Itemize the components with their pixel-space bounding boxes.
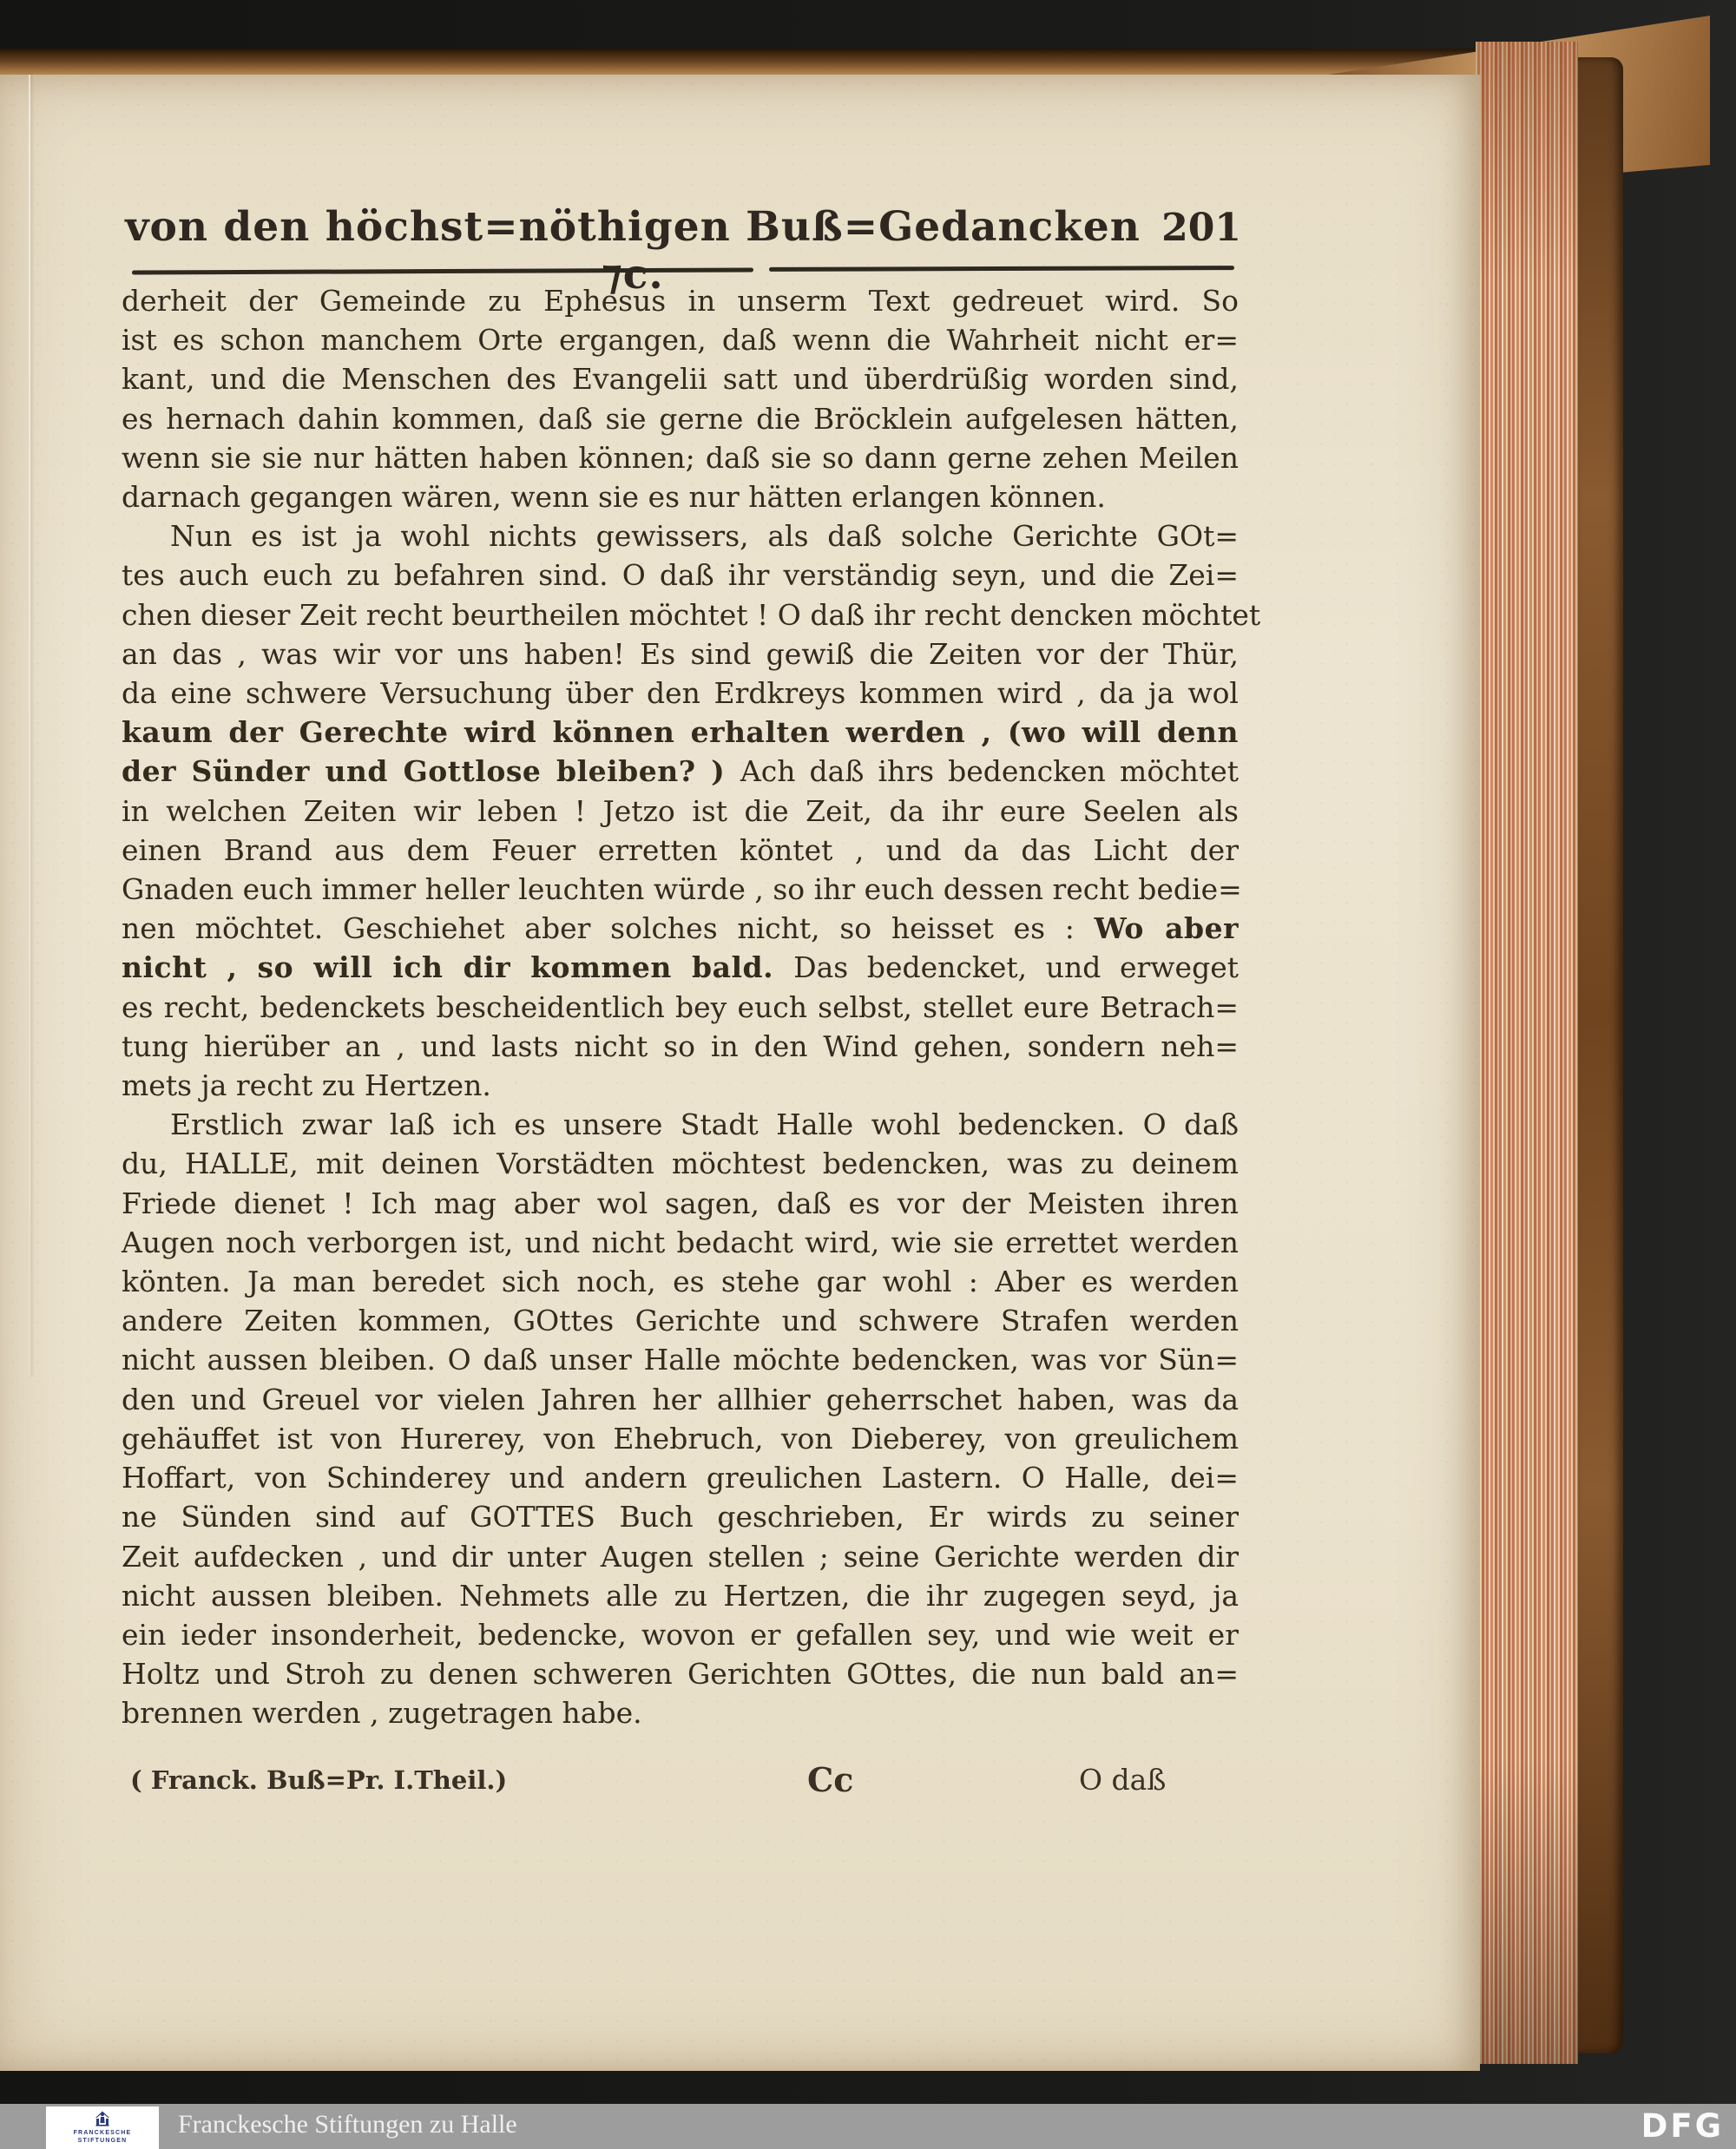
logo-text-line1: FRANCKESCHE xyxy=(74,2130,132,2138)
logo-text-line2: STIFTUNGEN xyxy=(78,2138,128,2146)
text-line: brennen werden , zugetragen habe. xyxy=(122,1693,1239,1732)
fore-edge-shading xyxy=(1476,42,1578,2064)
text-line: in welchen Zeiten wir leben ! Jetzo ist … xyxy=(122,792,1239,831)
text-line: könten. Ja man beredet sich noch, es ste… xyxy=(122,1262,1239,1301)
text-line: kant, und die Menschen des Evangelii sat… xyxy=(122,359,1239,398)
text-line: Holtz und Stroh zu denen schweren Gerich… xyxy=(122,1654,1239,1693)
book-page: von den höchst=nöthigen Buß=Gedancken ⁊c… xyxy=(0,75,1480,2071)
text-line: nen möchtet. Geschiehet aber solches nic… xyxy=(122,909,1239,948)
text-line: an das , was wir vor uns haben! Es sind … xyxy=(122,634,1239,674)
text-line: ne Sünden sind auf GOTTES Buch geschrieb… xyxy=(122,1497,1239,1536)
institution-name: Franckesche Stiftungen zu Halle xyxy=(178,2110,517,2139)
text-line: Erstlich zwar laß ich es unsere Stadt Ha… xyxy=(122,1105,1239,1144)
text-line: nicht aussen bleiben. Nehmets alle zu He… xyxy=(122,1576,1239,1615)
gathering-mark: Cc xyxy=(807,1760,853,1799)
text-line: Gnaden euch immer heller leuchten würde … xyxy=(122,870,1239,909)
catchword: O daß xyxy=(1079,1763,1166,1797)
page-number: 201 xyxy=(1144,206,1241,250)
text-line: Augen noch verborgen ist, und nicht beda… xyxy=(122,1223,1239,1262)
text-line: Friede dienet ! Ich mag aber wol sagen, … xyxy=(122,1184,1239,1223)
text-line: ein ieder insonderheit, bedencke, wovon … xyxy=(122,1615,1239,1654)
text-line: Nun es ist ja wohl nichts gewissers, als… xyxy=(122,516,1239,555)
stiftungen-emblem-icon xyxy=(94,2110,111,2130)
text-line: du, HALLE, mit deinen Vorstädten möchtes… xyxy=(122,1144,1239,1183)
dfg-logo: DFG xyxy=(1641,2107,1724,2145)
text-line: ist es schon manchem Orte ergangen, daß … xyxy=(122,320,1239,359)
page-body: derheit der Gemeinde zu Ephesus in unser… xyxy=(122,281,1239,1733)
text-line: gehäuffet ist von Hurerey, von Ehebruch,… xyxy=(122,1419,1239,1458)
text-line: darnach gegangen wären, wenn sie es nur … xyxy=(122,477,1239,516)
text-line: da eine schwere Versuchung über den Erdk… xyxy=(122,674,1239,713)
text-line: Hoffart, von Schinderey und andern greul… xyxy=(122,1458,1239,1497)
series-signature: ( Franck. Buß=Pr. I.Theil.) xyxy=(130,1765,507,1795)
text-line: tung hierüber an , und lasts nicht so in… xyxy=(122,1027,1239,1066)
text-line: tes auch euch zu befahren sind. O daß ih… xyxy=(122,555,1239,595)
scanned-book-photo: von den höchst=nöthigen Buß=Gedancken ⁊c… xyxy=(0,0,1736,2149)
digitization-footer-bar: FRANCKESCHE STIFTUNGEN Franckesche Stift… xyxy=(0,2104,1736,2149)
text-line: es recht, bedenckets bescheidentlich bey… xyxy=(122,988,1239,1027)
text-line: nicht , so will ich dir kommen bald. Das… xyxy=(122,948,1239,987)
text-line: Zeit aufdecken , und dir unter Augen ste… xyxy=(122,1537,1239,1576)
text-line: mets ja recht zu Hertzen. xyxy=(122,1066,1239,1105)
text-line: chen dieser Zeit recht beurtheilen möcht… xyxy=(122,595,1239,634)
page-crease xyxy=(29,75,30,1377)
text-line: andere Zeiten kommen, GOttes Gerichte un… xyxy=(122,1301,1239,1340)
text-line: einen Brand aus dem Feuer erretten könte… xyxy=(122,831,1239,870)
leather-binding-edge xyxy=(1578,57,1623,2054)
signature-line: ( Franck. Buß=Pr. I.Theil.) Cc O daß xyxy=(0,1760,1480,1812)
text-line: kaum der Gerechte wird können erhalten w… xyxy=(122,713,1239,752)
book-top-edge xyxy=(0,49,1554,78)
text-line: derheit der Gemeinde zu Ephesus in unser… xyxy=(122,281,1239,320)
text-line: den und Greuel vor vielen Jahren her all… xyxy=(122,1380,1239,1419)
text-line: der Sünder und Gottlose bleiben? ) Ach d… xyxy=(122,752,1239,791)
text-line: nicht aussen bleiben. O daß unser Halle … xyxy=(122,1340,1239,1379)
text-line: wenn sie sie nur hätten haben können; da… xyxy=(122,438,1239,477)
franckesche-stiftungen-logo: FRANCKESCHE STIFTUNGEN xyxy=(46,2106,159,2149)
text-line: es hernach dahin kommen, daß sie gerne d… xyxy=(122,399,1239,438)
